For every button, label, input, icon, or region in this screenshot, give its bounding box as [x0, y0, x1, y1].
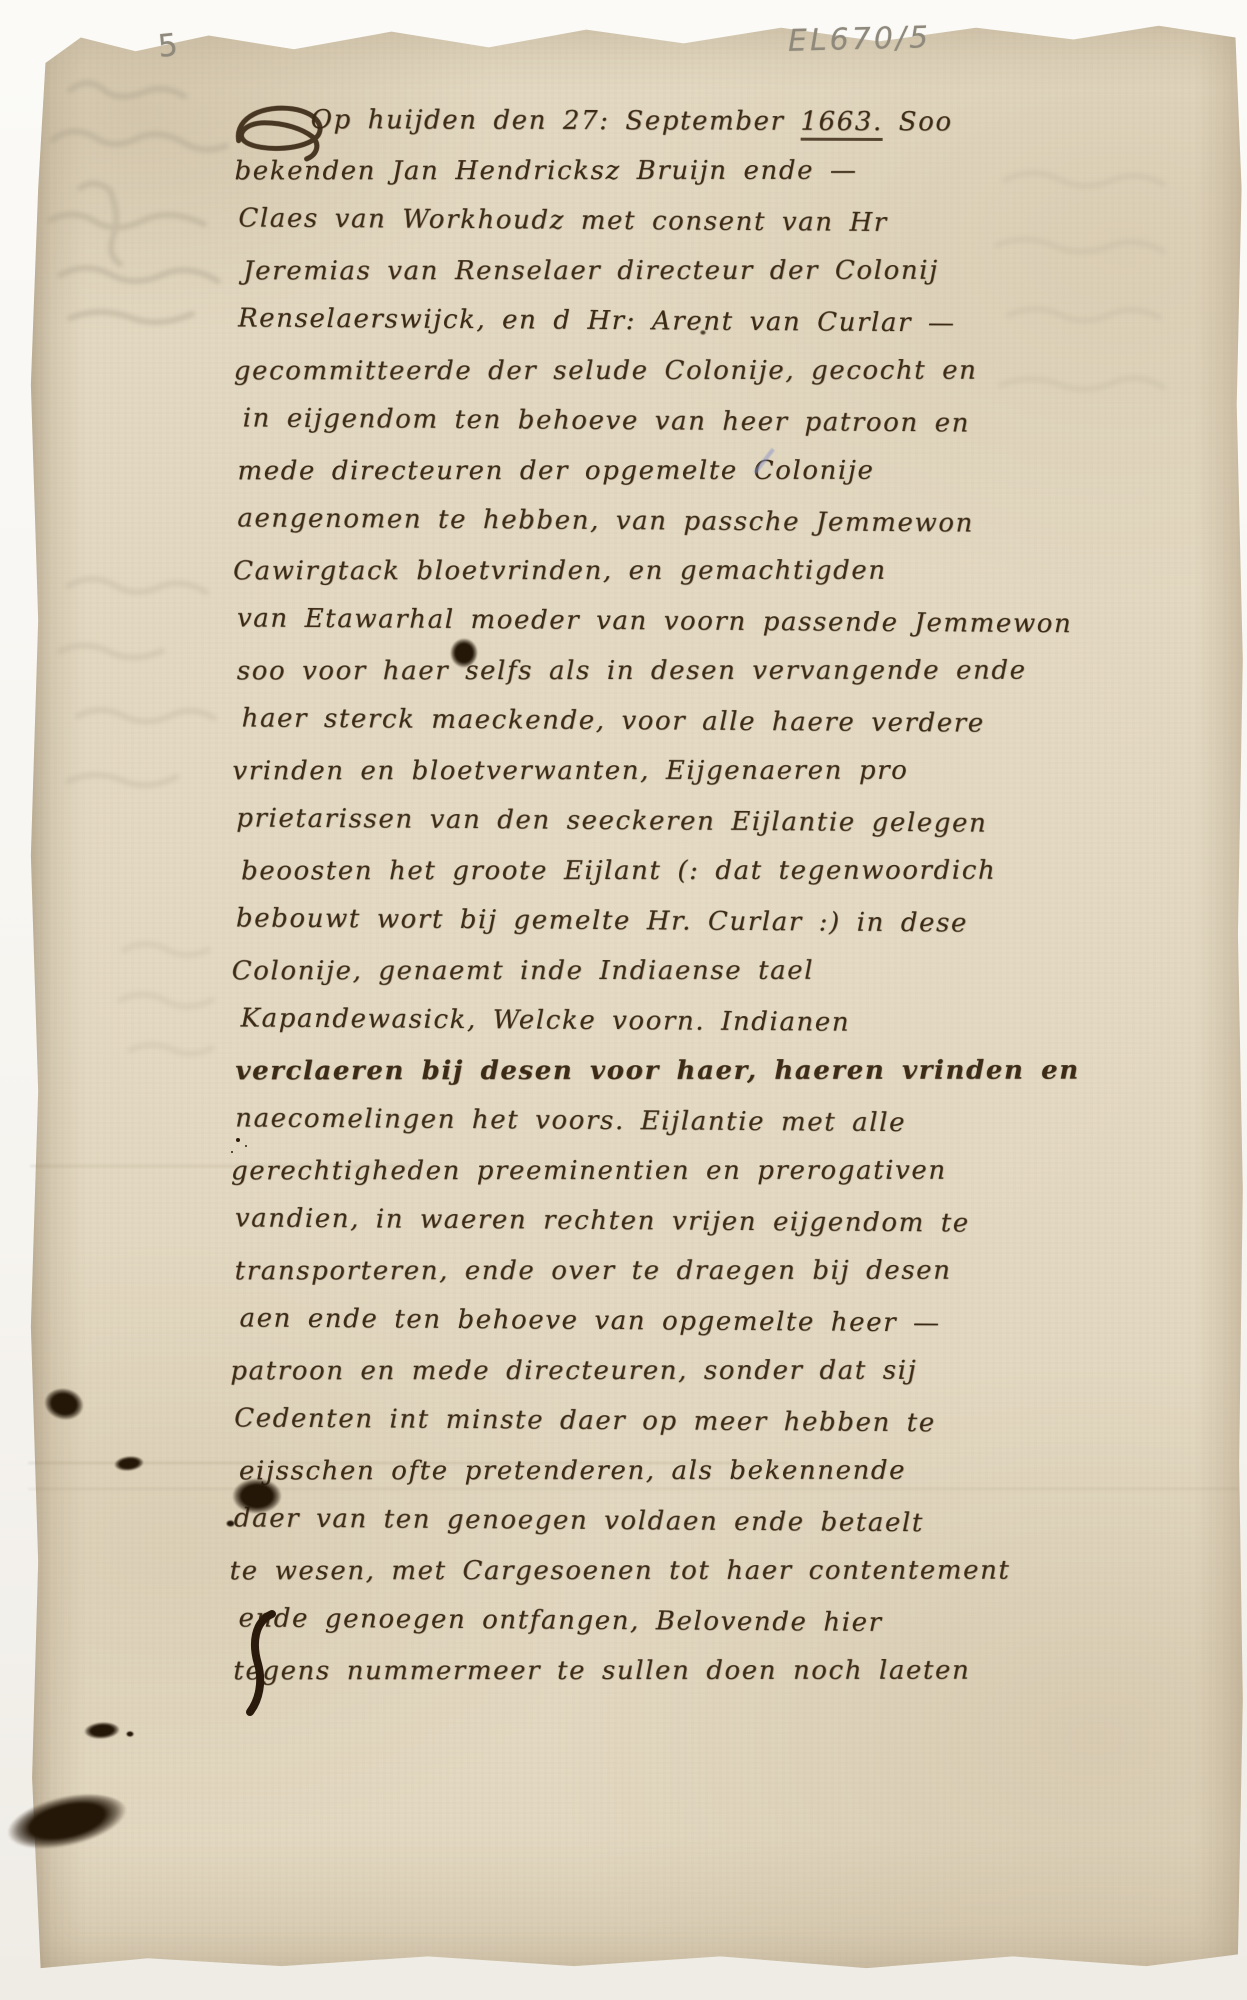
manuscript-line: bebouwt wort bij gemelte Hr. Curlar :) i…	[236, 893, 978, 948]
manuscript-line: prietarissen van den seeckeren Eijlantie…	[236, 793, 978, 848]
ink-speck	[700, 330, 706, 335]
manuscript-line: Kapandewasick, Welcke voorn. Indianen	[240, 993, 977, 1048]
opening-line-post: Soo	[883, 107, 953, 137]
manuscript-line: tegens nummermeer te sullen doen noch la…	[233, 1646, 975, 1697]
manuscript-line: patroon en mede directeuren, sonder dat …	[230, 1346, 976, 1397]
pencil-page-number: 5	[156, 27, 179, 65]
fold-crease	[30, 1165, 410, 1167]
manuscript-line: Colonije, genaemt inde Indiaense tael	[232, 946, 978, 997]
show-through-text-top-left	[40, 70, 250, 340]
manuscript-line-opening: Op huijden den 27: September 1663. Soo	[311, 95, 981, 147]
manuscript-line: haer sterck maeckende, voor alle haere v…	[241, 693, 978, 748]
manuscript-text-block: Op huijden den 27: September 1663. Soo b…	[233, 95, 981, 1698]
show-through-text-lower-left	[110, 925, 250, 1075]
opening-line-date: 1663.	[800, 107, 883, 141]
manuscript-lines: bekenden Jan Hendricksz Bruijn ende —Cla…	[233, 145, 980, 1698]
ink-speckles	[236, 1138, 240, 1142]
manuscript-line: aen ende ten behoeve van opgemelte heer …	[239, 1293, 976, 1348]
manuscript-line: gecommitteerde der selude Colonije, geco…	[234, 346, 980, 397]
margin-hook-mark	[244, 1608, 278, 1718]
manuscript-line: te wesen, met Cargesoenen tot haer conte…	[230, 1546, 976, 1597]
show-through-text-right	[985, 150, 1220, 430]
manuscript-line: ende genoegen ontfangen, Belovende hier	[238, 1593, 975, 1648]
manuscript-line: transporteren, ende over te draegen bij …	[235, 1246, 977, 1297]
manuscript-line: verclaeren bij desen voor haer, haeren v…	[235, 1046, 977, 1097]
manuscript-line: soo voor haer selfs als in desen vervang…	[237, 646, 979, 697]
manuscript-line: Cawirgtack bloetvrinden, en gemachtigden	[233, 546, 979, 597]
manuscript-line: mede directeuren der opgemelte Colonije	[237, 446, 979, 497]
manuscript-line: naecomelingen het voors. Eijlantie met a…	[235, 1093, 977, 1148]
manuscript-line: daer van ten genoegen voldaen ende betae…	[234, 1493, 976, 1548]
pencil-archive-reference: EL670/5	[788, 20, 932, 59]
manuscript-line: Cedenten int minste daer op meer hebben …	[234, 1393, 976, 1448]
fold-crease	[28, 1488, 1238, 1490]
opening-line-pre: Op huijden den 27: September	[311, 105, 801, 137]
manuscript-line: vrinden en bloetverwanten, Eijgenaeren p…	[232, 746, 978, 797]
manuscript-line: in eijgendom ten behoeve van heer patroo…	[242, 393, 979, 448]
manuscript-line: beoosten het groote Eijlant (: dat tegen…	[241, 846, 978, 897]
manuscript-line: vandien, in waeren rechten vrijen eijgen…	[235, 1193, 977, 1248]
ink-speck	[126, 1731, 134, 1737]
manuscript-line: Claes van Workhoudz met consent van Hr	[238, 193, 980, 248]
scanned-manuscript-page: 5 EL670/5 Op huijden den 27: September 1…	[0, 0, 1247, 2000]
ink-speck	[226, 1520, 235, 1527]
manuscript-line: bekenden Jan Hendricksz Bruijn ende —	[235, 146, 981, 197]
show-through-text-mid-left	[48, 556, 228, 816]
manuscript-line: aengenomen te hebben, van passche Jemmew…	[237, 493, 979, 548]
manuscript-line: Jeremias van Renselaer directeur der Col…	[243, 246, 980, 297]
manuscript-line: Renselaerswijck, en d Hr: Arent van Curl…	[238, 293, 980, 348]
manuscript-line: van Etawarhal moeder van voorn passende …	[237, 593, 979, 648]
manuscript-line: gerechtigheden preeminentien en prerogat…	[231, 1146, 977, 1197]
